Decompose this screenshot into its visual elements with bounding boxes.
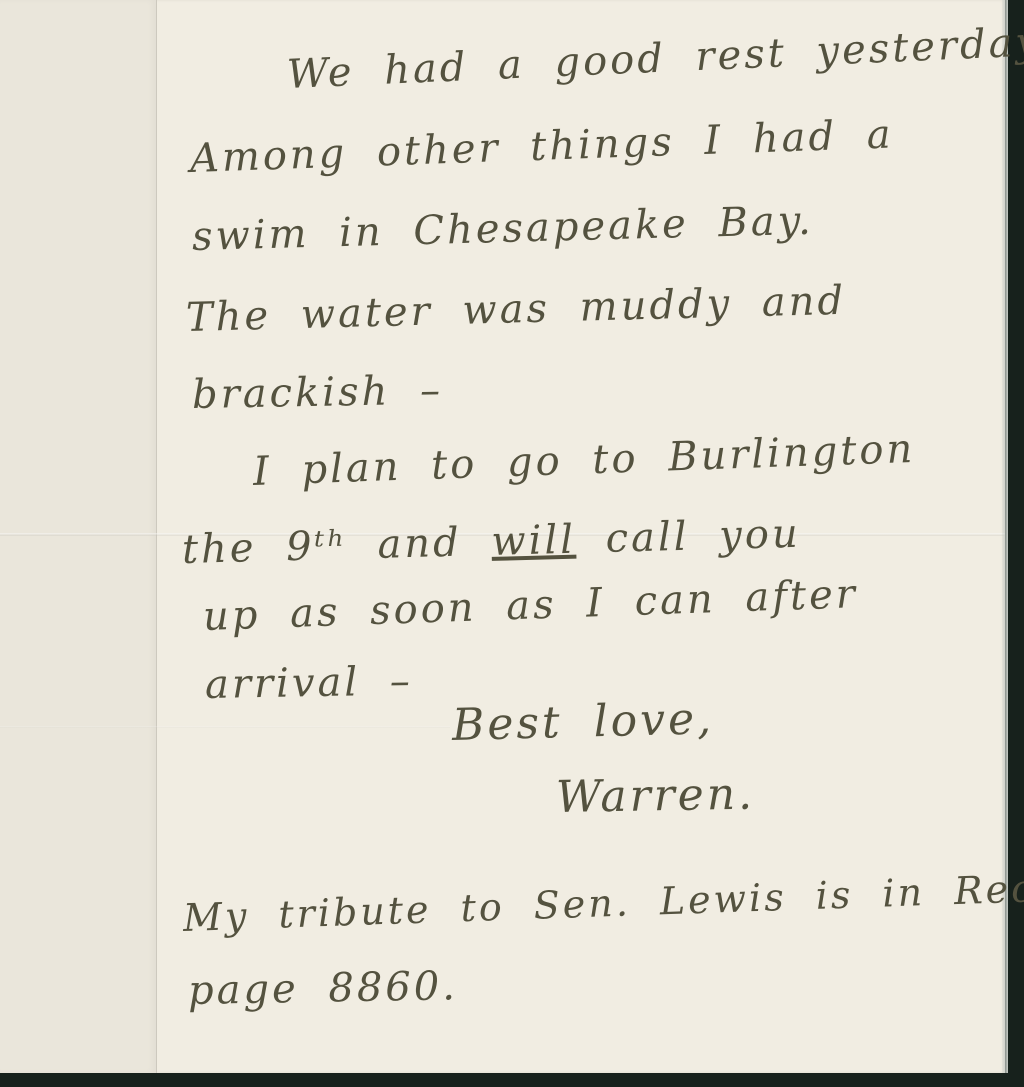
letter-line-segment: call you (575, 511, 801, 563)
paper-edge-highlight (1002, 0, 1008, 1073)
postscript-line: page 8860. (188, 963, 459, 1014)
fold-crease-faint (0, 726, 450, 728)
signature: Warren. (556, 769, 756, 823)
letter-line-segment: the 9ᵗʰ and (181, 519, 492, 573)
letter-line: brackish – (192, 368, 444, 418)
underlying-page-edge (0, 0, 157, 1073)
letter-scan: We had a good rest yesterday. Among othe… (0, 0, 1024, 1087)
underlined-word: will (491, 517, 577, 565)
letter-line: arrival – (205, 658, 414, 708)
valediction: Best love, (451, 693, 714, 751)
